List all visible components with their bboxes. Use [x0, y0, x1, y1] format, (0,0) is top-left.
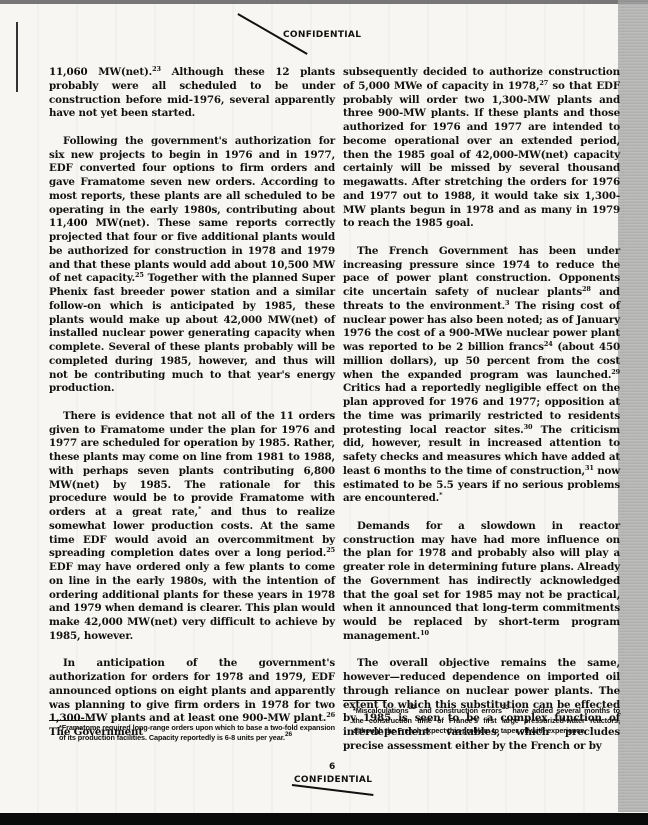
- scan-top-edge: [0, 0, 648, 4]
- body-paragraph: Following the government's authorization…: [49, 135, 335, 396]
- footnote-reference: 26: [326, 711, 335, 719]
- footnote-divider-left: [49, 720, 93, 721]
- text-run: Demands for a slowdown in reactor constr…: [343, 520, 620, 642]
- footnote-right: *Miscalculations32 and construction erro…: [343, 706, 620, 736]
- footnote-reference: 10: [420, 629, 429, 637]
- footnote-text: *Framatome required long-range orders up…: [49, 723, 335, 743]
- footnote-divider-right: [343, 700, 387, 701]
- footnote-reference: 31: [585, 464, 594, 472]
- footnote-reference: *: [439, 491, 442, 499]
- text-run: In anticipation of the government's auth…: [49, 657, 335, 724]
- footnote-left: *Framatome required long-range orders up…: [49, 723, 335, 743]
- scan-bottom-edge: [0, 813, 648, 825]
- footnote-reference: 23: [152, 65, 161, 73]
- body-paragraph: subsequently decided to authorize constr…: [343, 66, 620, 231]
- right-column: subsequently decided to authorize constr…: [343, 66, 620, 767]
- footnote-reference: 24: [544, 340, 553, 348]
- body-paragraph: 11,060 MW(net).23 Although these 12 plan…: [49, 66, 335, 121]
- footnote-reference: 32: [409, 704, 416, 711]
- scan-left-mark: [16, 22, 18, 92]
- text-run: There is evidence that not all of the 11…: [49, 410, 335, 518]
- classification-header: CONFIDENTIAL: [283, 30, 361, 40]
- classification-strikethrough-bottom: [292, 784, 374, 795]
- footnote-reference: 29: [611, 368, 620, 376]
- text-run: *Miscalculations: [353, 706, 409, 715]
- footnote-reference: 27: [539, 79, 548, 87]
- text-run: Following the government's authorization…: [49, 135, 335, 285]
- body-paragraph: Demands for a slowdown in reactor constr…: [343, 520, 620, 644]
- footnote-reference: 28: [582, 285, 591, 293]
- text-run: The French Government has been under inc…: [343, 245, 620, 298]
- footnote-reference: 25: [326, 546, 335, 554]
- body-paragraph: There is evidence that not all of the 11…: [49, 410, 335, 644]
- text-run: and construction errors: [416, 706, 502, 715]
- footnote-reference: 33: [502, 704, 509, 711]
- text-run: The overall objective remains the same, …: [343, 657, 620, 752]
- text-run: Together with the planned Super Phenix f…: [49, 272, 335, 394]
- page-number: 6: [329, 762, 335, 772]
- classification-footer: CONFIDENTIAL: [294, 775, 372, 785]
- footnote-text: *Miscalculations32 and construction erro…: [343, 706, 620, 736]
- document-page: CONFIDENTIAL 11,060 MW(net).23 Although …: [0, 0, 648, 825]
- footnote-reference: 25: [135, 271, 144, 279]
- text-run: 11,060 MW(net).: [49, 66, 152, 78]
- left-column: 11,060 MW(net).23 Although these 12 plan…: [49, 66, 335, 754]
- text-run: so that EDF probably will order two 1,30…: [343, 80, 620, 230]
- text-run: *Framatome required long-range orders up…: [59, 723, 335, 742]
- text-run: EDF may have ordered only a few plants t…: [49, 561, 335, 642]
- footnote-reference: 26: [285, 731, 292, 738]
- body-paragraph: The French Government has been under inc…: [343, 245, 620, 506]
- scan-right-edge: [618, 0, 648, 812]
